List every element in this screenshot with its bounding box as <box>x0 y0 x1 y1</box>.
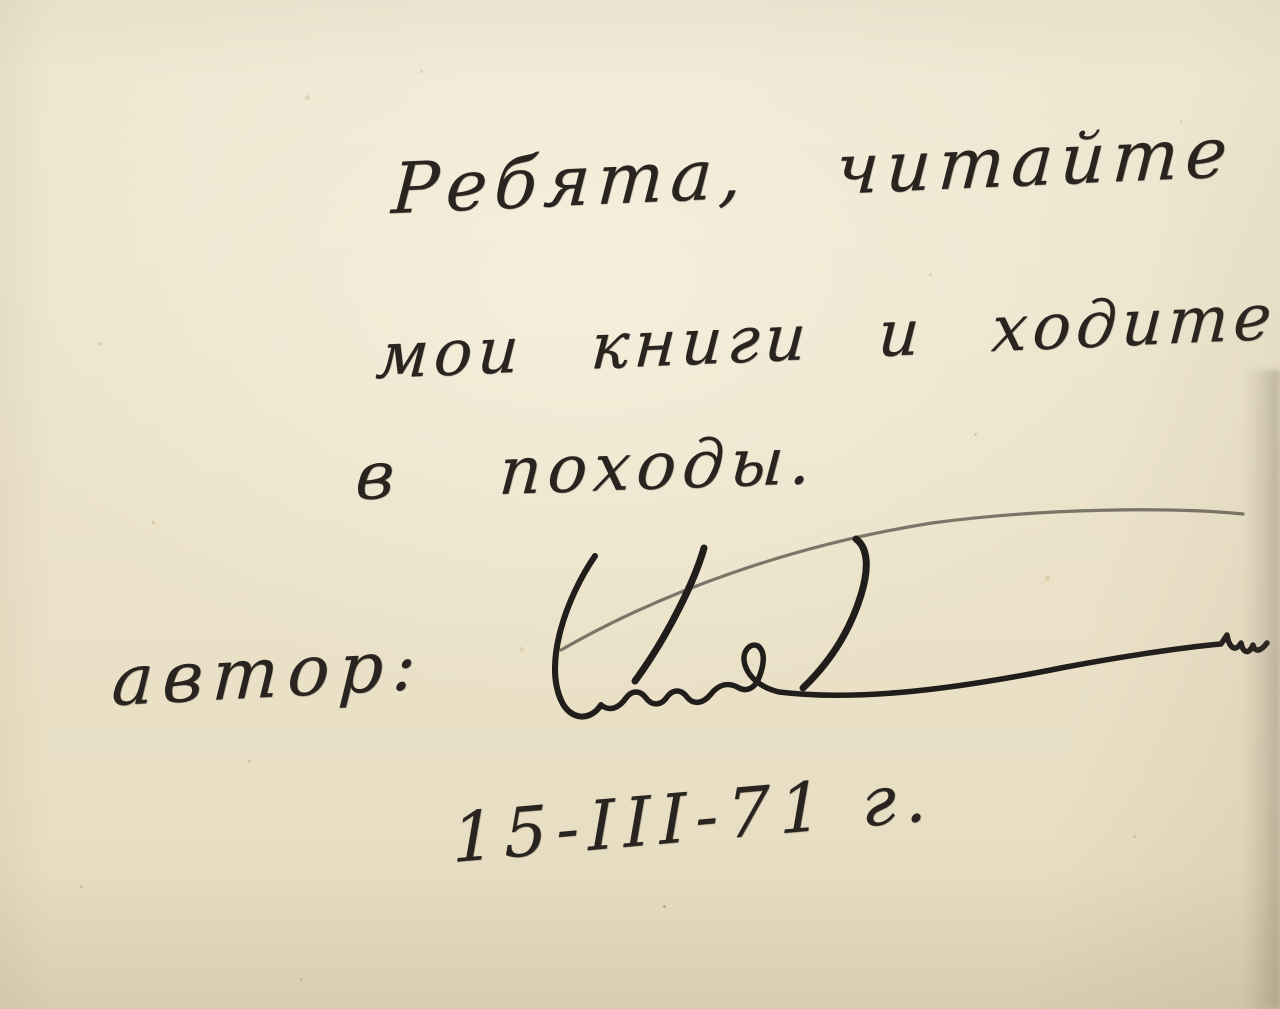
signature-tall-stroke-right <box>803 539 866 688</box>
inscription-line-3: в походы. <box>353 422 819 515</box>
signature-tall-stroke-left <box>635 548 704 681</box>
inscription-line-1: Ребята, читайте <box>389 111 1236 230</box>
date-line: 15-III-71 г. <box>451 758 936 879</box>
signature-underline-stroke <box>561 510 1243 650</box>
author-label: автор: <box>110 623 427 722</box>
paper-page: Ребята, читайте мои книги и ходите в пох… <box>0 0 1280 1009</box>
inscription-line-2: мои книги и ходите <box>374 281 1279 395</box>
signature-letters-and-tail <box>601 635 1267 709</box>
signature-opening-curve <box>555 556 601 717</box>
paper-speckles <box>0 0 3 3</box>
page-edge-shadow <box>1244 370 1280 1009</box>
